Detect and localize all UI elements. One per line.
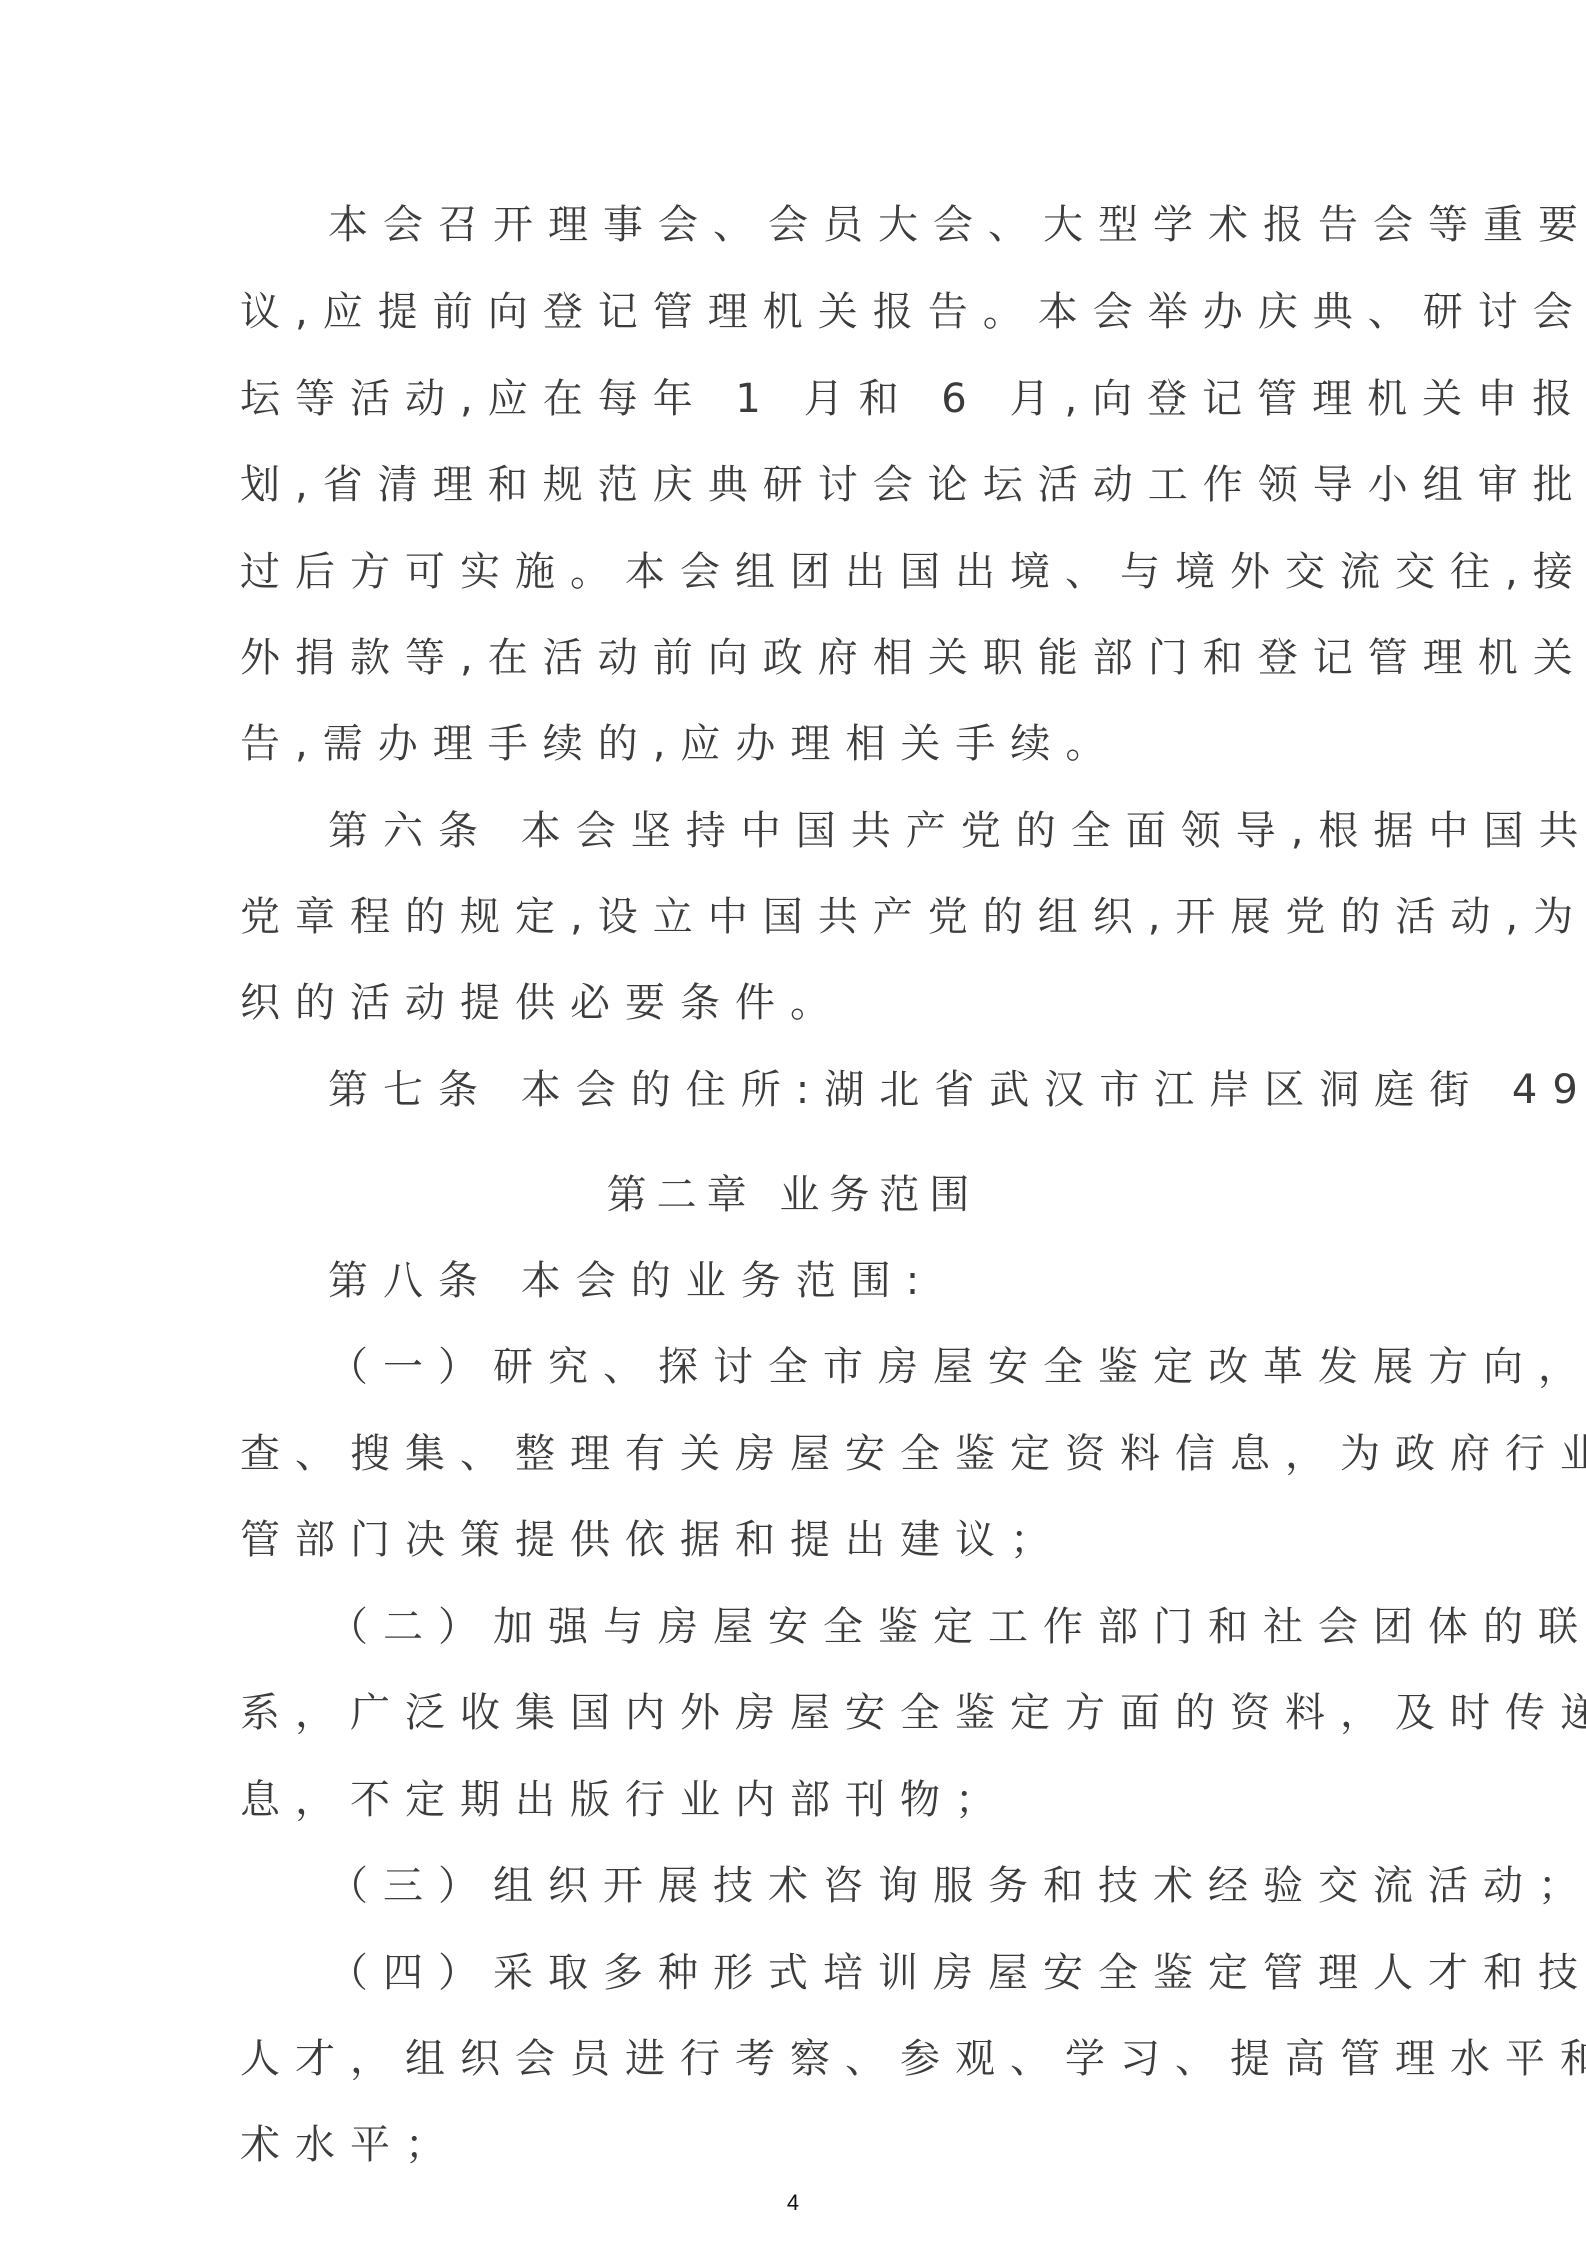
page-number: 4 [0,2190,1586,2216]
article-7-line: 第七条 本会的住所:湖北省武汉市江岸区洞庭街 49 号。 [328,1047,1448,1133]
paragraph-line: 术水平； [240,2102,1360,2188]
document-page: 本会召开理事会、会员大会、大型学术报告会等重要会 议,应提前向登记管理机关报告。… [0,0,1586,2244]
paragraph-line: 本会召开理事会、会员大会、大型学术报告会等重要会 [328,182,1448,268]
paragraph-line: 管部门决策提供依据和提出建议； [240,1497,1360,1583]
paragraph-line: 过后方可实施。本会组团出国出境、与境外交流交往,接受境 [240,529,1360,615]
paragraph-line: 查、搜集、整理有关房屋安全鉴定资料信息，为政府行业主 [240,1411,1360,1497]
list-item-3-line: （三）组织开展技术咨询服务和技术经验交流活动； [328,1843,1448,1929]
paragraph-line: 息，不定期出版行业内部刊物； [240,1757,1360,1843]
paragraph-line: 人才，组织会员进行考察、参观、学习、提高管理水平和技 [240,2016,1360,2102]
article-8-line: 第八条 本会的业务范围: [328,1238,1448,1324]
list-item-2-line: （二）加强与房屋安全鉴定工作部门和社会团体的联 [328,1584,1448,1670]
list-item-4-line: （四）采取多种形式培训房屋安全鉴定管理人才和技术 [328,1930,1448,2016]
paragraph-line: 织的活动提供必要条件。 [240,960,1360,1046]
paragraph-line: 外捐款等,在活动前向政府相关职能部门和登记管理机关报 [240,615,1360,701]
chapter-heading: 第二章 业务范围 [0,1152,1586,1238]
paragraph-line: 系，广泛收集国内外房屋安全鉴定方面的资料，及时传递信 [240,1670,1360,1756]
list-item-1-line: （一）研究、探讨全市房屋安全鉴定改革发展方向，调 [328,1324,1448,1410]
paragraph-line: 坛等活动,应在每年 1 月和 6 月,向登记管理机关申报活动计 [240,356,1360,442]
paragraph-line: 告,需办理手续的,应办理相关手续。 [240,701,1360,787]
paragraph-line: 议,应提前向登记管理机关报告。本会举办庆典、研讨会、论 [240,269,1360,355]
paragraph-line: 党章程的规定,设立中国共产党的组织,开展党的活动,为党组 [240,874,1360,960]
paragraph-line: 划,省清理和规范庆典研讨会论坛活动工作领导小组审批通 [240,442,1360,528]
article-6-line: 第六条 本会坚持中国共产党的全面领导,根据中国共产 [328,788,1448,874]
